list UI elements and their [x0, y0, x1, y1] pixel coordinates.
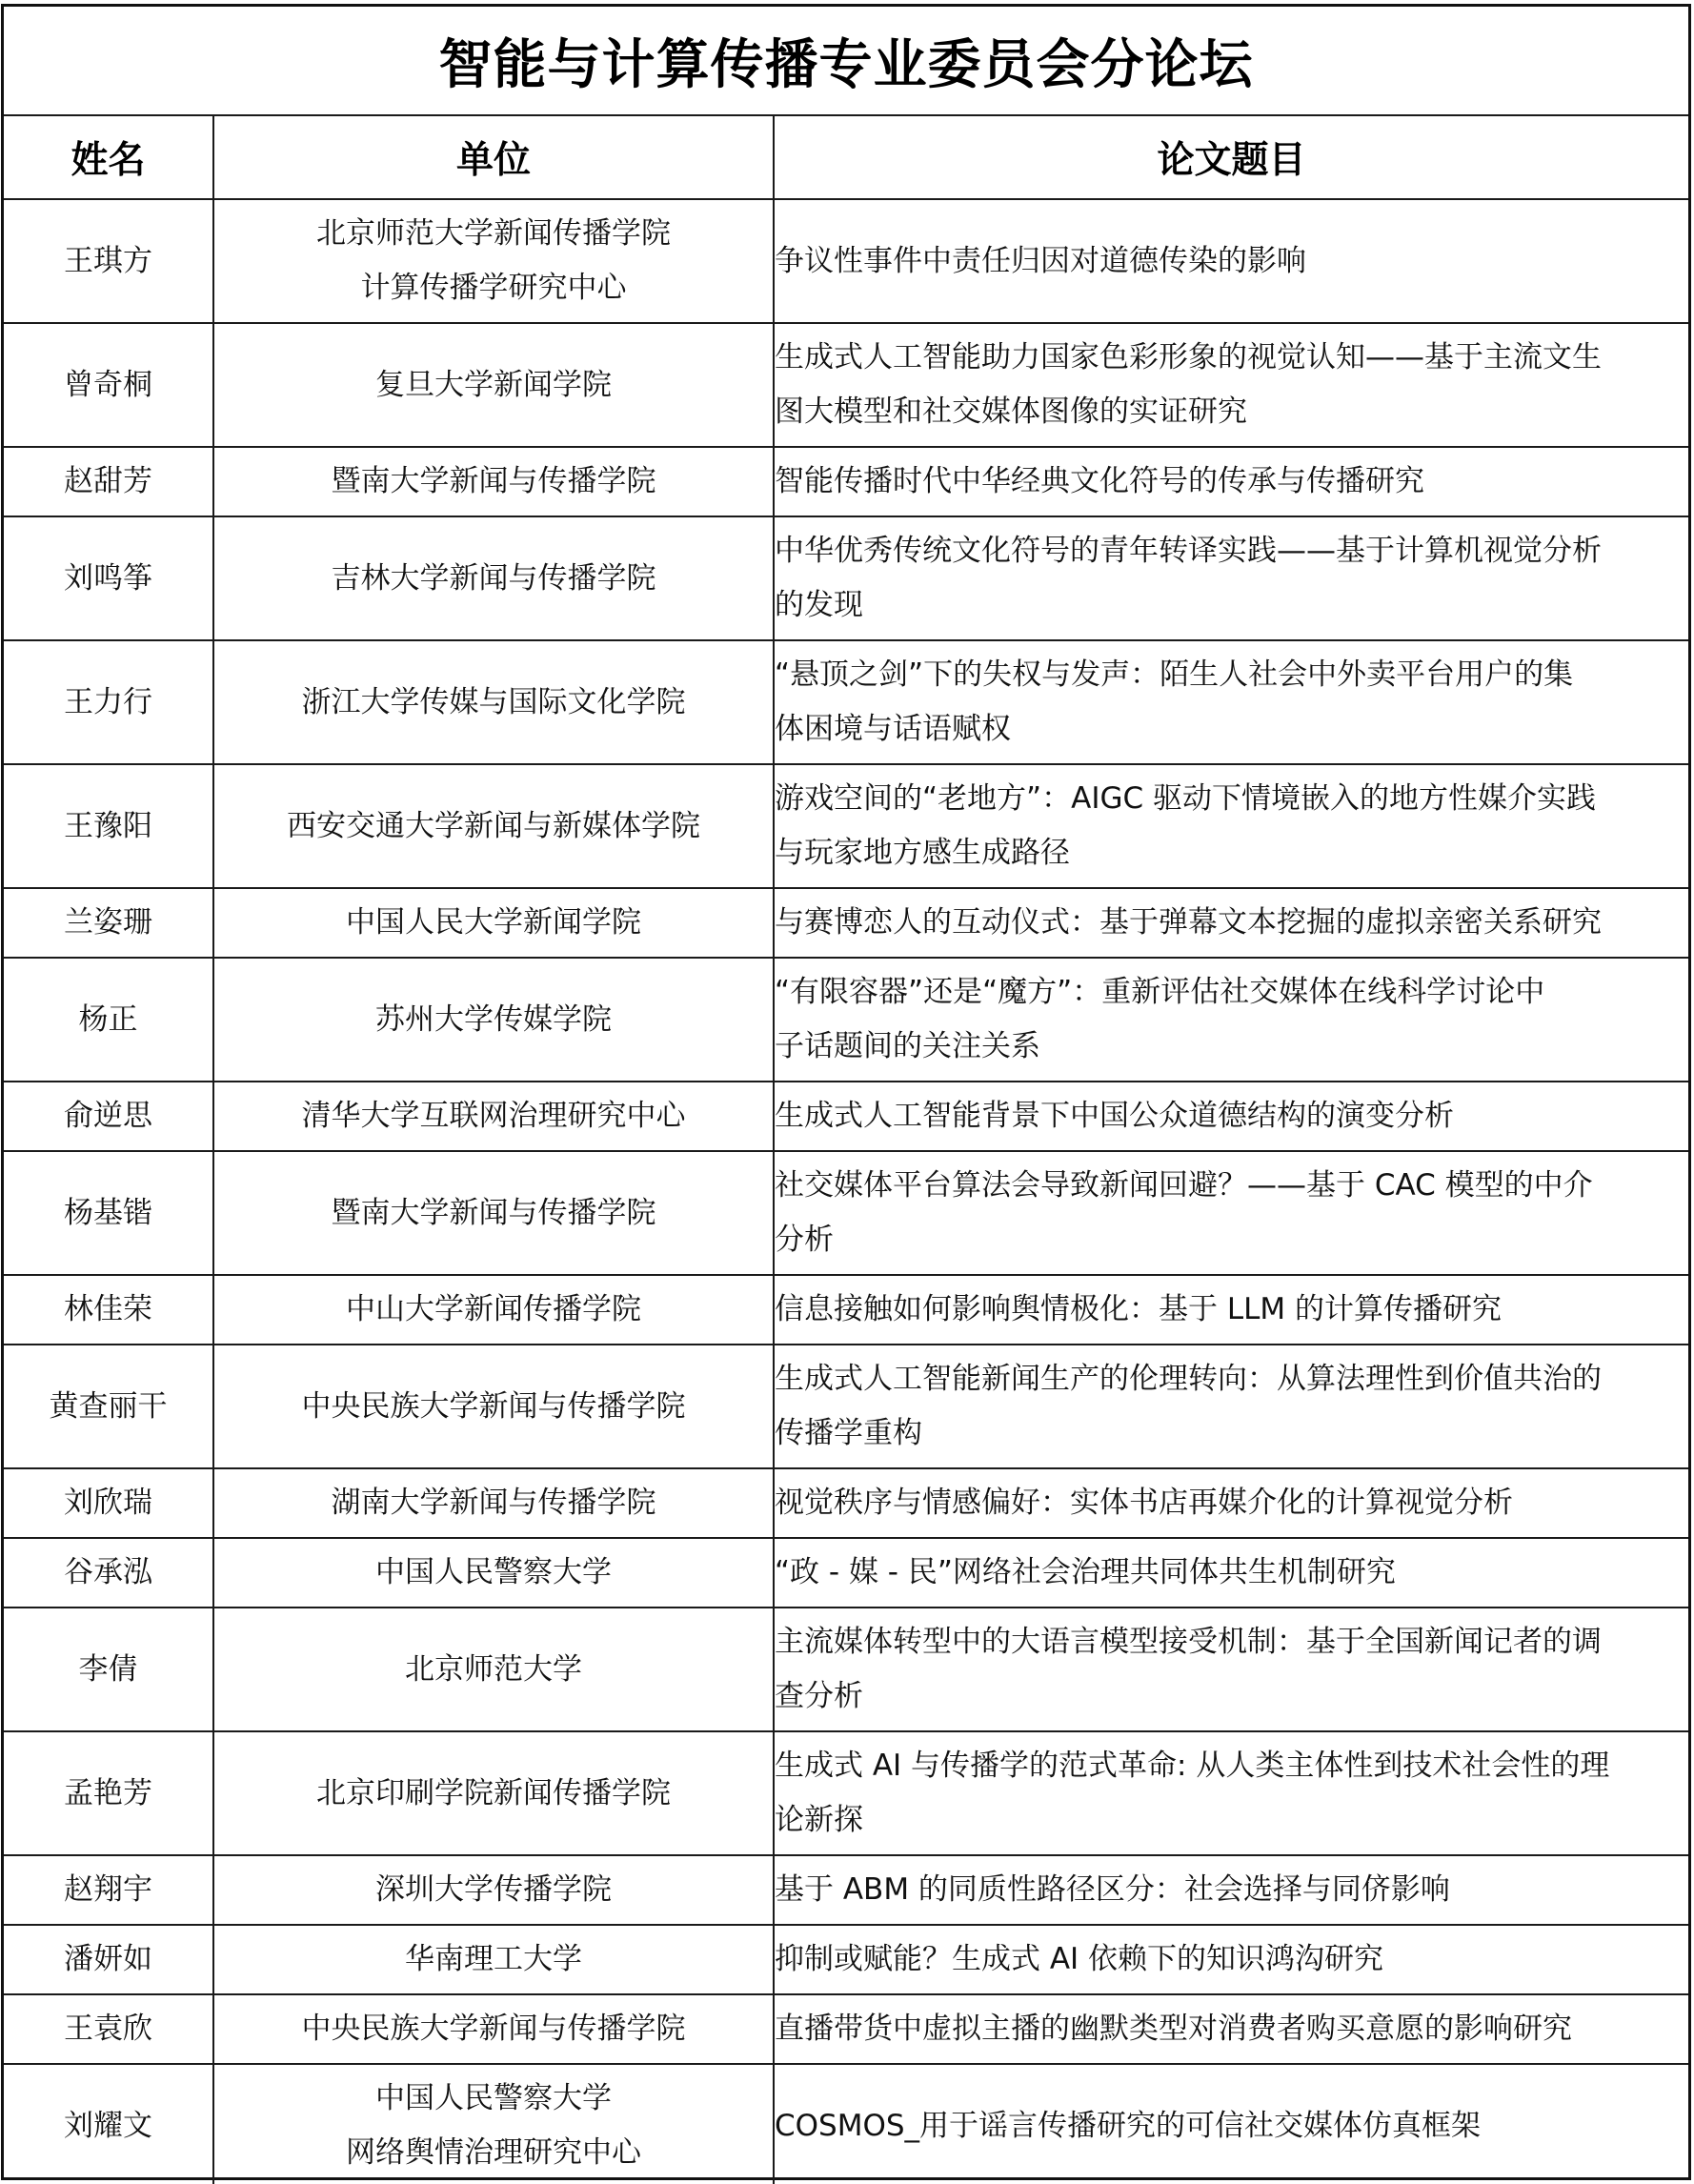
text-line: 主流媒体转型中的大语言模型接受机制：基于全国新闻记者的调: [775, 1615, 1688, 1669]
affiliation: 吉林大学新闻与传播学院: [213, 516, 774, 640]
title-row: 智能与计算传播专业委员会分论坛: [4, 7, 1688, 115]
text-line: 基于 ABM 的同质性路径区分：社会选择与同侪影响: [775, 1863, 1688, 1917]
text-line: 中国人民警察大学: [214, 2072, 773, 2126]
text-line: 中央民族大学新闻与传播学院: [214, 1380, 773, 1434]
text-line: 暨南大学新闻与传播学院: [214, 455, 773, 509]
presenter-name: 杨正: [4, 958, 213, 1082]
affiliation: 暨南大学新闻与传播学院: [213, 1151, 774, 1275]
table-row: 杨基锴暨南大学新闻与传播学院社交媒体平台算法会导致新闻回避？——基于 CAC 模…: [4, 1151, 1688, 1275]
page-title: 智能与计算传播专业委员会分论坛: [4, 7, 1688, 115]
text-line: 图大模型和社交媒体图像的实证研究: [775, 385, 1688, 439]
presenter-name: 赵甜芳: [4, 447, 213, 516]
paper-title: “有限容器”还是“魔方”：重新评估社交媒体在线科学讨论中子话题间的关注关系: [774, 958, 1688, 1082]
affiliation: 西安交通大学新闻与新媒体学院: [213, 764, 774, 888]
table-row: 赵翔宇深圳大学传播学院基于 ABM 的同质性路径区分：社会选择与同侪影响: [4, 1855, 1688, 1925]
paper-title: 中华优秀传统文化符号的青年转译实践——基于计算机视觉分析的发现: [774, 516, 1688, 640]
table-row: 刘欣瑞湖南大学新闻与传播学院视觉秩序与情感偏好：实体书店再媒介化的计算视觉分析: [4, 1468, 1688, 1538]
affiliation: 北京师范大学: [213, 1608, 774, 1731]
text-line: 中国人民大学新闻学院: [214, 896, 773, 950]
text-line: 与玩家地方感生成路径: [775, 826, 1688, 880]
paper-title: 视觉秩序与情感偏好：实体书店再媒介化的计算视觉分析: [774, 1468, 1688, 1538]
text-line: 生成式人工智能新闻生产的伦理转向：从算法理性到价值共治的: [775, 1352, 1688, 1406]
text-line: 游戏空间的“老地方”：AIGC 驱动下情境嵌入的地方性媒介实践: [775, 772, 1688, 826]
text-line: 中央民族大学新闻与传播学院: [214, 2002, 773, 2056]
text-line: 智能传播时代中华经典文化符号的传承与传播研究: [775, 455, 1688, 509]
text-line: 视觉秩序与情感偏好：实体书店再媒介化的计算视觉分析: [775, 1476, 1688, 1530]
text-line: 信息接触如何影响舆情极化：基于 LLM 的计算传播研究: [775, 1283, 1688, 1337]
paper-title: 直播带货中虚拟主播的幽默类型对消费者购买意愿的影响研究: [774, 1994, 1688, 2064]
table-row: 曾奇桐复旦大学新闻学院生成式人工智能助力国家色彩形象的视觉认知——基于主流文生图…: [4, 323, 1688, 447]
paper-title: 生成式人工智能新闻生产的伦理转向：从算法理性到价值共治的传播学重构: [774, 1345, 1688, 1468]
text-line: 复旦大学新闻学院: [214, 358, 773, 413]
text-line: 的发现: [775, 578, 1688, 633]
presenter-name: 杨基锴: [4, 1151, 213, 1275]
forum-program-sheet: 智能与计算传播专业委员会分论坛 姓名 单位 论文题目 王琪方北京师范大学新闻传播…: [1, 4, 1691, 2180]
presenter-name: 李倩: [4, 1608, 213, 1731]
paper-title: 生成式人工智能背景下中国公众道德结构的演变分析: [774, 1082, 1688, 1151]
affiliation: 华南理工大学: [213, 1925, 774, 1994]
affiliation: 中央民族大学新闻与传播学院: [213, 1994, 774, 2064]
text-line: 苏州大学传媒学院: [214, 993, 773, 1047]
table-row: 俞逆思清华大学互联网治理研究中心生成式人工智能背景下中国公众道德结构的演变分析: [4, 1082, 1688, 1151]
text-line: 抑制或赋能？生成式 AI 依赖下的知识鸿沟研究: [775, 1932, 1688, 1987]
table-row: 黄查丽干中央民族大学新闻与传播学院生成式人工智能新闻生产的伦理转向：从算法理性到…: [4, 1345, 1688, 1468]
forum-program-table: 智能与计算传播专业委员会分论坛 姓名 单位 论文题目 王琪方北京师范大学新闻传播…: [4, 7, 1688, 2184]
paper-title: 信息接触如何影响舆情极化：基于 LLM 的计算传播研究: [774, 1275, 1688, 1345]
presenter-name: 林佳荣: [4, 1275, 213, 1345]
paper-title: COSMOS_用于谣言传播研究的可信社交媒体仿真框架: [774, 2064, 1688, 2184]
text-line: 生成式人工智能助力国家色彩形象的视觉认知——基于主流文生: [775, 331, 1688, 385]
column-header-unit: 单位: [213, 115, 774, 199]
table-row: 刘鸣筝吉林大学新闻与传播学院中华优秀传统文化符号的青年转译实践——基于计算机视觉…: [4, 516, 1688, 640]
table-row: 杨正苏州大学传媒学院 “有限容器”还是“魔方”：重新评估社交媒体在线科学讨论中子…: [4, 958, 1688, 1082]
paper-title: 抑制或赋能？生成式 AI 依赖下的知识鸿沟研究: [774, 1925, 1688, 1994]
table-row: 王力行浙江大学传媒与国际文化学院 “悬顶之剑”下的失权与发声：陌生人社会中外卖平…: [4, 640, 1688, 764]
paper-title: “政 - 媒 - 民”网络社会治理共同体共生机制研究: [774, 1538, 1688, 1608]
affiliation: 深圳大学传播学院: [213, 1855, 774, 1925]
table-row: 李倩北京师范大学主流媒体转型中的大语言模型接受机制：基于全国新闻记者的调查分析: [4, 1608, 1688, 1731]
presenter-name: 孟艳芳: [4, 1731, 213, 1855]
table-row: 王琪方北京师范大学新闻传播学院计算传播学研究中心争议性事件中责任归因对道德传染的…: [4, 199, 1688, 323]
text-line: 体困境与话语赋权: [775, 702, 1688, 757]
affiliation: 暨南大学新闻与传播学院: [213, 447, 774, 516]
text-line: COSMOS_用于谣言传播研究的可信社交媒体仿真框架: [775, 2099, 1688, 2154]
affiliation: 中国人民警察大学网络舆情治理研究中心: [213, 2064, 774, 2184]
text-line: 暨南大学新闻与传播学院: [214, 1186, 773, 1241]
text-line: 西安交通大学新闻与新媒体学院: [214, 799, 773, 854]
presenter-name: 刘鸣筝: [4, 516, 213, 640]
affiliation: 湖南大学新闻与传播学院: [213, 1468, 774, 1538]
text-line: 与赛博恋人的互动仪式：基于弹幕文本挖掘的虚拟亲密关系研究: [775, 896, 1688, 950]
paper-title: 社交媒体平台算法会导致新闻回避？——基于 CAC 模型的中介分析: [774, 1151, 1688, 1275]
text-line: 论新探: [775, 1793, 1688, 1848]
presenter-name: 谷承泓: [4, 1538, 213, 1608]
presenter-name: 王袁欣: [4, 1994, 213, 2064]
text-line: 直播带货中虚拟主播的幽默类型对消费者购买意愿的影响研究: [775, 2002, 1688, 2056]
text-line: 社交媒体平台算法会导致新闻回避？——基于 CAC 模型的中介: [775, 1159, 1688, 1213]
text-line: “政 - 媒 - 民”网络社会治理共同体共生机制研究: [775, 1546, 1688, 1600]
table-row: 潘妍如华南理工大学抑制或赋能？生成式 AI 依赖下的知识鸿沟研究: [4, 1925, 1688, 1994]
presenter-name: 刘欣瑞: [4, 1468, 213, 1538]
text-line: 浙江大学传媒与国际文化学院: [214, 676, 773, 730]
column-header-paper: 论文题目: [774, 115, 1688, 199]
text-line: 传播学重构: [775, 1406, 1688, 1461]
text-line: “有限容器”还是“魔方”：重新评估社交媒体在线科学讨论中: [775, 965, 1688, 1020]
affiliation: 清华大学互联网治理研究中心: [213, 1082, 774, 1151]
affiliation: 北京师范大学新闻传播学院计算传播学研究中心: [213, 199, 774, 323]
text-line: 北京师范大学新闻传播学院: [214, 207, 773, 261]
text-line: 分析: [775, 1213, 1688, 1267]
table-row: 谷承泓中国人民警察大学 “政 - 媒 - 民”网络社会治理共同体共生机制研究: [4, 1538, 1688, 1608]
paper-title: 生成式人工智能助力国家色彩形象的视觉认知——基于主流文生图大模型和社交媒体图像的…: [774, 323, 1688, 447]
paper-title: 智能传播时代中华经典文化符号的传承与传播研究: [774, 447, 1688, 516]
paper-title: 游戏空间的“老地方”：AIGC 驱动下情境嵌入的地方性媒介实践与玩家地方感生成路…: [774, 764, 1688, 888]
text-line: 中国人民警察大学: [214, 1546, 773, 1600]
presenter-name: 黄查丽干: [4, 1345, 213, 1468]
column-header-name: 姓名: [4, 115, 213, 199]
text-line: 北京印刷学院新闻传播学院: [214, 1767, 773, 1821]
table-row: 王豫阳西安交通大学新闻与新媒体学院游戏空间的“老地方”：AIGC 驱动下情境嵌入…: [4, 764, 1688, 888]
paper-title: 争议性事件中责任归因对道德传染的影响: [774, 199, 1688, 323]
table-row: 刘耀文中国人民警察大学网络舆情治理研究中心COSMOS_用于谣言传播研究的可信社…: [4, 2064, 1688, 2184]
text-line: 网络舆情治理研究中心: [214, 2126, 773, 2180]
text-line: 计算传播学研究中心: [214, 261, 773, 315]
text-line: 中山大学新闻传播学院: [214, 1283, 773, 1337]
paper-title: 生成式 AI 与传播学的范式革命: 从人类主体性到技术社会性的理论新探: [774, 1731, 1688, 1855]
text-line: 子话题间的关注关系: [775, 1020, 1688, 1074]
affiliation: 北京印刷学院新闻传播学院: [213, 1731, 774, 1855]
presenter-name: 曾奇桐: [4, 323, 213, 447]
affiliation: 复旦大学新闻学院: [213, 323, 774, 447]
text-line: 吉林大学新闻与传播学院: [214, 552, 773, 606]
text-line: 清华大学互联网治理研究中心: [214, 1089, 773, 1143]
text-line: 中华优秀传统文化符号的青年转译实践——基于计算机视觉分析: [775, 524, 1688, 578]
affiliation: 中央民族大学新闻与传播学院: [213, 1345, 774, 1468]
header-row: 姓名 单位 论文题目: [4, 115, 1688, 199]
presenter-name: 刘耀文: [4, 2064, 213, 2184]
table-row: 兰姿珊中国人民大学新闻学院与赛博恋人的互动仪式：基于弹幕文本挖掘的虚拟亲密关系研…: [4, 888, 1688, 958]
affiliation: 浙江大学传媒与国际文化学院: [213, 640, 774, 764]
text-line: 华南理工大学: [214, 1932, 773, 1987]
text-line: 深圳大学传播学院: [214, 1863, 773, 1917]
presenter-name: 兰姿珊: [4, 888, 213, 958]
affiliation: 中国人民警察大学: [213, 1538, 774, 1608]
affiliation: 中山大学新闻传播学院: [213, 1275, 774, 1345]
presenter-name: 赵翔宇: [4, 1855, 213, 1925]
affiliation: 中国人民大学新闻学院: [213, 888, 774, 958]
text-line: 查分析: [775, 1669, 1688, 1724]
paper-title: 基于 ABM 的同质性路径区分：社会选择与同侪影响: [774, 1855, 1688, 1925]
text-line: 生成式 AI 与传播学的范式革命: 从人类主体性到技术社会性的理: [775, 1739, 1688, 1793]
table-row: 林佳荣中山大学新闻传播学院信息接触如何影响舆情极化：基于 LLM 的计算传播研究: [4, 1275, 1688, 1345]
presenter-name: 潘妍如: [4, 1925, 213, 1994]
paper-title: 与赛博恋人的互动仪式：基于弹幕文本挖掘的虚拟亲密关系研究: [774, 888, 1688, 958]
text-line: 生成式人工智能背景下中国公众道德结构的演变分析: [775, 1089, 1688, 1143]
text-line: 北京师范大学: [214, 1643, 773, 1697]
presenter-name: 王力行: [4, 640, 213, 764]
table-row: 赵甜芳暨南大学新闻与传播学院智能传播时代中华经典文化符号的传承与传播研究: [4, 447, 1688, 516]
presenter-name: 王琪方: [4, 199, 213, 323]
text-line: “悬顶之剑”下的失权与发声：陌生人社会中外卖平台用户的集: [775, 648, 1688, 702]
presenter-name: 王豫阳: [4, 764, 213, 888]
text-line: 湖南大学新闻与传播学院: [214, 1476, 773, 1530]
text-line: 争议性事件中责任归因对道德传染的影响: [775, 234, 1688, 289]
table-row: 孟艳芳北京印刷学院新闻传播学院生成式 AI 与传播学的范式革命: 从人类主体性到…: [4, 1731, 1688, 1855]
paper-title: 主流媒体转型中的大语言模型接受机制：基于全国新闻记者的调查分析: [774, 1608, 1688, 1731]
presenter-name: 俞逆思: [4, 1082, 213, 1151]
paper-title: “悬顶之剑”下的失权与发声：陌生人社会中外卖平台用户的集体困境与话语赋权: [774, 640, 1688, 764]
affiliation: 苏州大学传媒学院: [213, 958, 774, 1082]
table-row: 王袁欣中央民族大学新闻与传播学院直播带货中虚拟主播的幽默类型对消费者购买意愿的影…: [4, 1994, 1688, 2064]
